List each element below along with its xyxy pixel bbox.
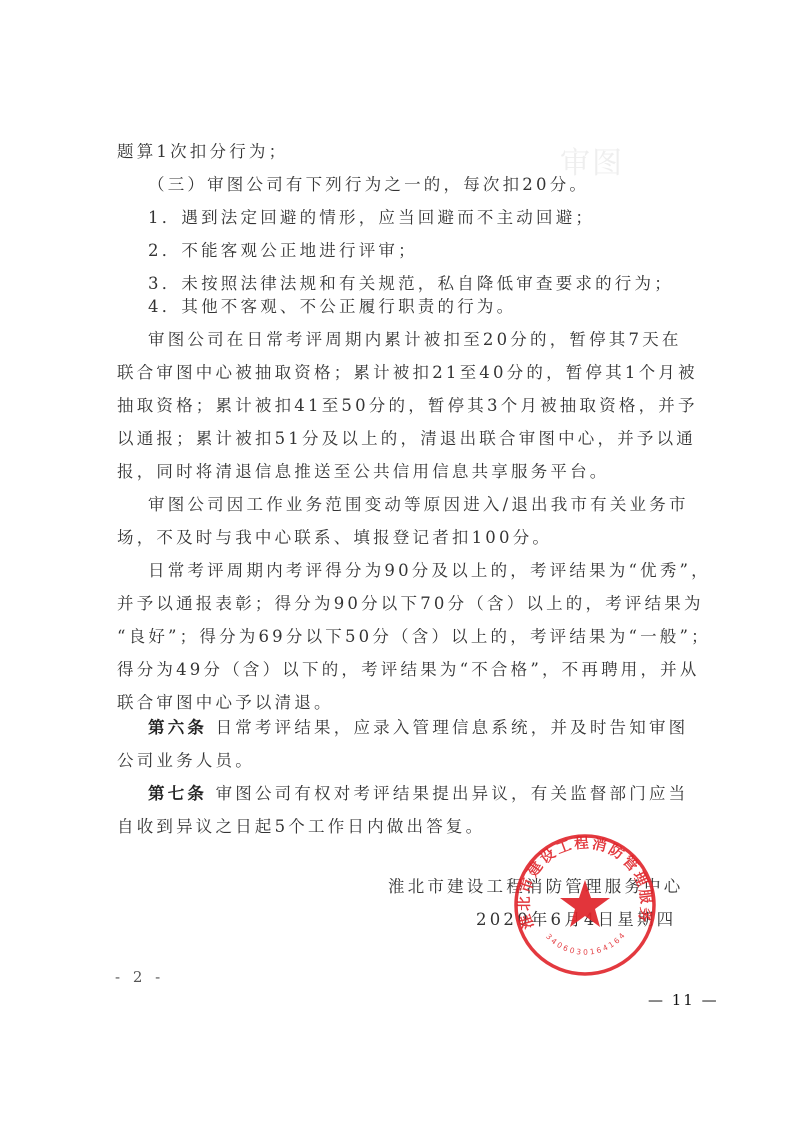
text-line: 得分为49分（含）以下的，考评结果为“不合格”，不再聘用，并从 <box>117 659 700 681</box>
text-line: 报，同时将清退信息推送至公共信用信息共享服务平台。 <box>117 461 610 483</box>
article-7-line-1: 第七条 审图公司有权对考评结果提出异议，有关监督部门应当 <box>148 783 688 805</box>
star-icon <box>560 880 610 927</box>
article-6-line-2: 公司业务人员。 <box>117 750 255 772</box>
article-6-text: 日常考评结果，应录入管理信息系统，并及时告知审图 <box>216 718 689 737</box>
text-line: 审图公司在日常考评周期内累计被扣至20分的，暂停其7天在 <box>148 329 682 351</box>
text-line: 4．其他不客观、不公正履行职责的行为。 <box>148 296 516 318</box>
text-line: 并予以通报表彰；得分为90分以下70分（含）以上的，考评结果为 <box>117 593 704 615</box>
text-line: 日常考评周期内考评得分为90分及以上的，考评结果为“优秀”， <box>148 560 711 582</box>
article-6-label: 第六条 <box>148 718 207 737</box>
text-line: 1．遇到法定回避的情形，应当回避而不主动回避； <box>148 207 595 229</box>
text-line: “良好”；得分为69分以下50分（含）以上的，考评结果为“一般”； <box>117 626 711 648</box>
article-6-line-1: 第六条 日常考评结果，应录入管理信息系统，并及时告知审图 <box>148 717 688 739</box>
text-line: 题算1次扣分行为； <box>117 141 288 163</box>
page-number-inner: - 2 - <box>115 968 164 986</box>
text-line: 抽取资格；累计被扣41至50分的，暂停其3个月被抽取资格，并予 <box>117 395 698 417</box>
text-line: 以通报；累计被扣51分及以上的，清退出联合审图中心，并予以通 <box>117 428 696 450</box>
article-7-label: 第七条 <box>148 784 207 803</box>
text-line: 联合审图中心予以清退。 <box>117 692 334 714</box>
text-line: 2．不能客观公正地进行评审； <box>148 240 418 262</box>
text-line: 审图公司因工作业务范围变动等原因进入/退出我市有关业务市 <box>148 494 689 516</box>
article-7-text: 审图公司有权对考评结果提出异议，有关监督部门应当 <box>216 784 689 803</box>
text-line: 联合审图中心被抽取资格；累计被扣21至40分的，暂停其1个月被 <box>117 362 698 384</box>
text-line: （三）审图公司有下列行为之一的，每次扣20分。 <box>148 174 589 196</box>
stamp-code: 3406030164164 <box>544 931 627 957</box>
text-line: 场，不及时与我中心联系、填报登记者扣100分。 <box>117 527 552 549</box>
official-seal-stamp: 淮北市建设工程消防管理服务中心 3406030164164 <box>512 832 658 978</box>
article-7-line-2: 自收到异议之日起5个工作日内做出答复。 <box>117 816 485 838</box>
page-number-outer: — 11 — <box>648 991 719 1009</box>
text-line: 3．未按照法律法规和有关规范，私自降低审查要求的行为； <box>148 273 674 295</box>
svg-text:3406030164164: 3406030164164 <box>544 931 627 957</box>
